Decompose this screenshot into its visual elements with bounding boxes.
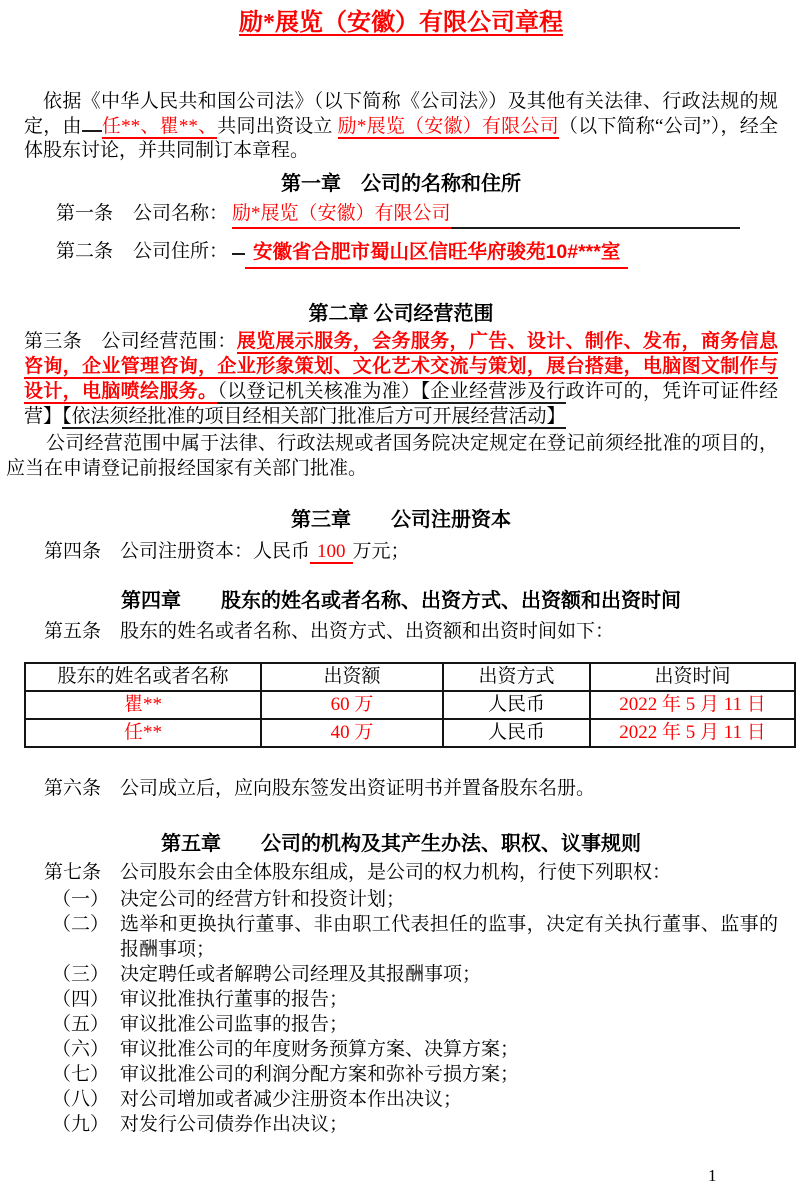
blank-rule-line <box>451 201 740 229</box>
table-row: 瞿** 60 万 人民币 2022 年 5 月 11 日 <box>25 691 795 719</box>
powers-list: （一）决定公司的经营方针和投资计划； （二）选举和更换执行董事、非由职工代表担任… <box>24 887 778 1137</box>
article-2-label: 第二条 <box>56 237 113 269</box>
article-5-line: 第五条 股东的姓名或者名称、出资方式、出资额和出资时间如下： <box>24 619 778 644</box>
chapter-3-heading: 第三章 公司注册资本 <box>24 508 778 533</box>
article-6-line: 第六条 公司成立后，应向股东签发出资证明书并置备股东名册。 <box>24 776 778 801</box>
header-contribution-method: 出资方式 <box>443 663 590 691</box>
item-text: 决定公司的经营方针和投资计划； <box>120 887 778 912</box>
document-title: 励*展览（安徽）有限公司章程 <box>24 8 778 38</box>
article-4-pre: 第四条 公司注册资本：人民币 <box>44 541 310 562</box>
article-1-fill-line: 励*展览（安徽）有限公司 <box>232 201 778 229</box>
header-contribution-amount: 出资额 <box>261 663 443 691</box>
list-item: （八）对公司增加或者减少注册资本作出决议； <box>24 1087 778 1112</box>
article-4-line: 第四条 公司注册资本：人民币100万元； <box>24 539 778 564</box>
item-number: （一） <box>52 887 109 912</box>
item-text: 选举和更换执行董事、非由职工代表担任的监事，决定有关执行董事、监事的报酬事项； <box>120 912 778 962</box>
list-item: （二）选举和更换执行董事、非由职工代表担任的监事，决定有关执行董事、监事的报酬事… <box>24 912 778 962</box>
company-name-value: 励*展览（安徽）有限公司 <box>232 201 451 229</box>
item-number: （四） <box>52 987 109 1012</box>
article-2-field: 公司住所： <box>133 237 228 269</box>
list-item: （五）审议批准公司监事的报告； <box>24 1012 778 1037</box>
shareholders-table: 股东的姓名或者名称 出资额 出资方式 出资时间 瞿** 60 万 人民币 202… <box>24 662 796 748</box>
article-1-row: 第一条 公司名称： 励*展览（安徽）有限公司 <box>24 201 778 229</box>
scope-note-underlined-1: （以登记机关核准为准）【企业经营涉及行 <box>217 381 565 404</box>
cell-contribution-date: 2022 年 5 月 11 日 <box>590 691 795 719</box>
article-1-label: 第一条 <box>56 201 113 229</box>
article-2-row: 第二条 公司住所： 安徽省合肥市蜀山区信旺华府骏苑10#***室 <box>24 237 778 269</box>
table-row: 任** 40 万 人民币 2022 年 5 月 11 日 <box>25 719 795 747</box>
document-page: 励*展览（安徽）有限公司章程 依据《中华人民共和国公司法》（以下简称《公司法》）… <box>0 0 800 1203</box>
chapter-2-heading: 第二章 公司经营范围 <box>24 302 778 327</box>
list-item: （一）决定公司的经营方针和投资计划； <box>24 887 778 912</box>
item-number: （五） <box>52 1012 109 1037</box>
item-text: 审议批准执行董事的报告； <box>120 987 778 1012</box>
item-text: 审议批准公司监事的报告； <box>120 1012 778 1037</box>
item-number: （七） <box>52 1062 109 1087</box>
item-text: 对公司增加或者减少注册资本作出决议； <box>120 1087 778 1112</box>
registered-capital-value: 100 <box>310 541 353 564</box>
blank-underline-segment <box>232 237 245 255</box>
article-7-line: 第七条 公司股东会由全体股东组成，是公司的权力机构，行使下列职权： <box>24 860 778 885</box>
company-name-fill: 励*展览（安徽）有限公司 <box>338 116 559 139</box>
header-shareholder-name: 股东的姓名或者名称 <box>25 663 261 691</box>
item-text: 审议批准公司的利润分配方案和弥补亏损方案； <box>120 1062 778 1087</box>
article-4-post: 万元； <box>353 541 410 562</box>
intro-part2: 共同出资设立 <box>217 116 332 137</box>
article-3-lead: 第三条 公司经营范围： <box>24 331 237 352</box>
shareholder-names-fill: 任**、瞿**、 <box>102 116 218 139</box>
chapter-4-heading: 第四章 股东的姓名或者名称、出资方式、出资额和出资时间 <box>24 589 778 614</box>
list-item: （三）决定聘任或者解聘公司经理及其报酬事项； <box>24 962 778 987</box>
list-item: （六）审议批准公司的年度财务预算方案、决算方案； <box>24 1037 778 1062</box>
cell-contribution-method: 人民币 <box>443 719 590 747</box>
blank-underline-segment <box>82 114 102 132</box>
page-number: 1 <box>708 1166 717 1186</box>
cell-contribution-method: 人民币 <box>443 691 590 719</box>
cell-shareholder-name: 瞿** <box>25 691 261 719</box>
scope-note-underlined-2: 【依法须经批准的项目经相关部门批准后方可开展经营活动】 <box>62 406 566 429</box>
item-number: （三） <box>52 962 109 987</box>
table-header-row: 股东的姓名或者名称 出资额 出资方式 出资时间 <box>25 663 795 691</box>
article-2-fill-line: 安徽省合肥市蜀山区信旺华府骏苑10#***室 <box>232 237 682 269</box>
item-number: （六） <box>52 1037 109 1062</box>
list-item: （四）审议批准执行董事的报告； <box>24 987 778 1012</box>
article-1-field: 公司名称： <box>133 201 228 229</box>
intro-paragraph: 依据《中华人民共和国公司法》（以下简称《公司法》）及其他有关法律、行政法规的规定… <box>24 90 778 163</box>
item-text: 决定聘任或者解聘公司经理及其报酬事项； <box>120 962 778 987</box>
item-number: （八） <box>52 1087 109 1112</box>
item-number: （九） <box>52 1112 109 1137</box>
item-number: （二） <box>52 912 109 962</box>
cell-contribution-amount: 60 万 <box>261 691 443 719</box>
chapter-1-heading: 第一章 公司的名称和住所 <box>24 172 778 197</box>
cell-shareholder-name: 任** <box>25 719 261 747</box>
item-text: 对发行公司债券作出决议； <box>120 1112 778 1137</box>
list-item: （九）对发行公司债券作出决议； <box>24 1112 778 1137</box>
item-text: 审议批准公司的年度财务预算方案、决算方案； <box>120 1037 778 1062</box>
list-item: （七）审议批准公司的利润分配方案和弥补亏损方案； <box>24 1062 778 1087</box>
approval-paragraph: 公司经营范围中属于法律、行政法规或者国务院决定规定在登记前须经批准的项目的，应当… <box>6 431 778 481</box>
cell-contribution-amount: 40 万 <box>261 719 443 747</box>
business-scope-paragraph: 第三条 公司经营范围：展览展示服务，会务服务，广告、设计、制作、发布，商务信息咨… <box>24 329 778 429</box>
chapter-5-heading: 第五章 公司的机构及其产生办法、职权、议事规则 <box>24 832 778 857</box>
cell-contribution-date: 2022 年 5 月 11 日 <box>590 719 795 747</box>
company-address-value: 安徽省合肥市蜀山区信旺华府骏苑10#***室 <box>245 237 628 269</box>
header-contribution-date: 出资时间 <box>590 663 795 691</box>
